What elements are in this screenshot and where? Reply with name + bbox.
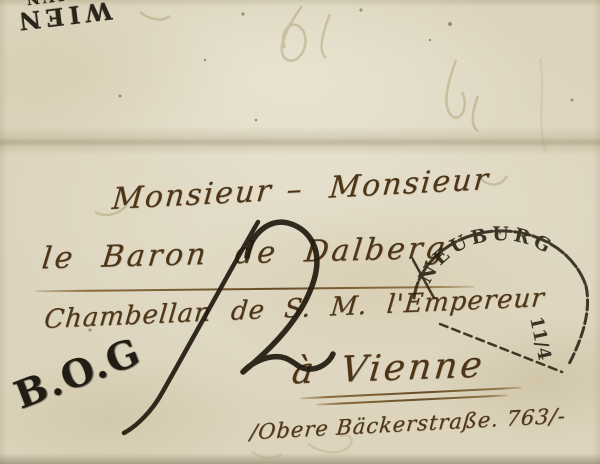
salutation-dash: – <box>285 172 305 208</box>
wien-arrival-postmark: WIEN 13 JUN <box>0 0 130 37</box>
neuburg-arc-text: NEUBURG <box>414 223 558 287</box>
letter-cover: WIEN 13 JUN Monsieur–Monsieur le Baron d… <box>0 0 600 464</box>
neuburg-date-text: 11/4 <box>525 315 555 363</box>
fold-crease <box>0 127 600 155</box>
neuburg-postmark: NEUBURG 11/4 <box>412 196 600 396</box>
rate-mark-12 <box>100 205 360 455</box>
